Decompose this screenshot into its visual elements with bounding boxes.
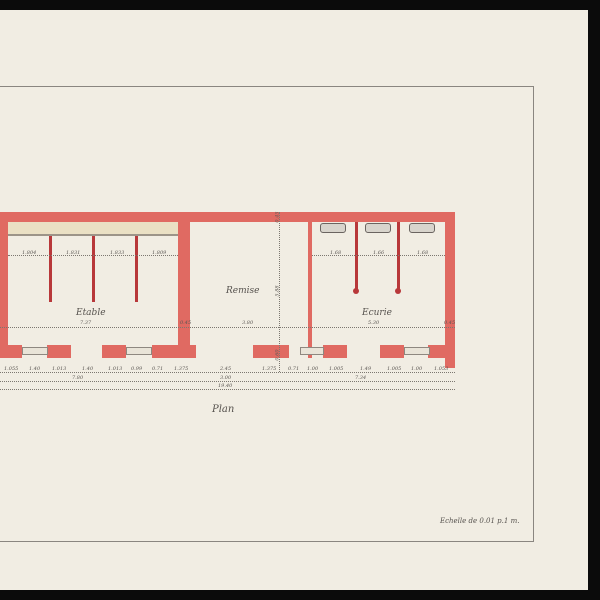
door-sill bbox=[300, 347, 324, 355]
bottom-wall-seg bbox=[323, 345, 347, 358]
bottom-dim: 1.013 bbox=[108, 366, 122, 372]
bottom-dim: 1.005 bbox=[329, 366, 343, 372]
bottom-dim-row3 bbox=[0, 389, 455, 390]
stall-dim: 1.831 bbox=[66, 250, 80, 256]
stall-post bbox=[397, 222, 400, 290]
room-width-dim: 5.30 bbox=[368, 320, 379, 326]
wall-dim: 0.45 bbox=[275, 211, 281, 222]
wall-dim: 0.45 bbox=[444, 320, 455, 326]
room-label-etable: Etable bbox=[76, 308, 106, 318]
bottom-dim: 19.40 bbox=[218, 383, 232, 389]
bottom-dim: 1.00 bbox=[411, 366, 422, 372]
stall-dim: 1.68 bbox=[417, 250, 428, 256]
bottom-dim: 1.053 bbox=[434, 366, 448, 372]
bottom-dim: 0.71 bbox=[288, 366, 299, 372]
remise-ecurie-partition bbox=[308, 212, 312, 358]
bottom-dim: 1.40 bbox=[82, 366, 93, 372]
hay-rack bbox=[8, 222, 178, 236]
bottom-dim: 2.45 bbox=[220, 366, 231, 372]
stall-post bbox=[49, 236, 52, 302]
bottom-wall-seg bbox=[380, 345, 404, 358]
bottom-dim: 1.49 bbox=[360, 366, 371, 372]
stall-post bbox=[135, 236, 138, 302]
plan-title: Plan bbox=[212, 404, 234, 415]
bottom-dim: 7.80 bbox=[72, 375, 83, 381]
scale-note: Echelle de 0.01 p.1 m. bbox=[440, 517, 519, 525]
paper-sheet: 1.804 1.831 1.833 1.809 1.68 1.66 1.68 E… bbox=[0, 10, 588, 590]
top-wall bbox=[0, 212, 455, 222]
etable-remise-wall bbox=[178, 212, 190, 358]
bottom-dim: 1.375 bbox=[174, 366, 188, 372]
bottom-wall-seg bbox=[47, 345, 71, 358]
stall-dim: 1.804 bbox=[22, 250, 36, 256]
room-label-remise: Remise bbox=[226, 286, 259, 296]
bottom-wall-seg bbox=[428, 345, 455, 358]
bottom-dim: 7.34 bbox=[355, 375, 366, 381]
wall-dim: 0.60 bbox=[275, 349, 281, 360]
bottom-dim: 0.71 bbox=[152, 366, 163, 372]
room-width-line bbox=[0, 327, 455, 328]
post-knob bbox=[395, 288, 401, 294]
bottom-dim-row1 bbox=[0, 372, 455, 373]
manger bbox=[365, 223, 391, 233]
manger bbox=[409, 223, 435, 233]
room-label-ecurie: Ecurie bbox=[362, 308, 392, 318]
wall-dim: 0.45 bbox=[180, 320, 191, 326]
bottom-dim: 1.005 bbox=[387, 366, 401, 372]
post-knob bbox=[353, 288, 359, 294]
door-sill bbox=[126, 347, 152, 355]
manger bbox=[320, 223, 346, 233]
door-sill bbox=[404, 347, 430, 355]
stall-post bbox=[355, 222, 358, 290]
bottom-dim: 3.00 bbox=[220, 375, 231, 381]
room-width-dim: 7.37 bbox=[80, 320, 91, 326]
bottom-dim: 0.99 bbox=[131, 366, 142, 372]
bottom-dim: 1.055 bbox=[4, 366, 18, 372]
stall-post bbox=[92, 236, 95, 302]
bottom-dim: 1.013 bbox=[52, 366, 66, 372]
bottom-dim-row2 bbox=[0, 381, 455, 382]
room-width-dim: 3.80 bbox=[242, 320, 253, 326]
stall-dim: 1.66 bbox=[373, 250, 384, 256]
bottom-wall-seg bbox=[102, 345, 126, 358]
door-sill bbox=[22, 347, 48, 355]
remise-depth-dim: 5.88 bbox=[275, 285, 281, 296]
stall-dim: 1.68 bbox=[330, 250, 341, 256]
stall-dim: 1.809 bbox=[152, 250, 166, 256]
stall-dim: 1.833 bbox=[110, 250, 124, 256]
bottom-dim: 1.375 bbox=[262, 366, 276, 372]
bottom-dim: 1.40 bbox=[29, 366, 40, 372]
bottom-wall-seg bbox=[253, 345, 289, 358]
bottom-wall-seg bbox=[0, 345, 22, 358]
bottom-dim: 1.00 bbox=[307, 366, 318, 372]
etable-left-wall bbox=[0, 212, 8, 358]
bottom-wall-seg bbox=[152, 345, 196, 358]
